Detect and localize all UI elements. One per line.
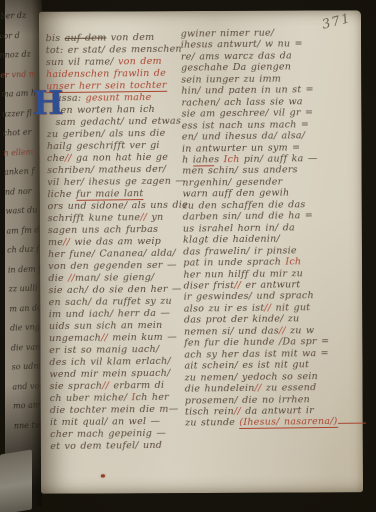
text-segment: also zu ir es ist xyxy=(184,303,265,315)
text-segment: it mit qual/ an wel — xyxy=(50,416,160,428)
text-segment: gwiner nimer rue/ xyxy=(181,28,275,40)
text-segment: wie das am weip xyxy=(70,236,161,248)
manuscript-line: von den gegenden ser — xyxy=(48,260,186,274)
text-segment xyxy=(338,421,366,424)
text-segment: fur maie lant xyxy=(76,188,144,201)
text-segment: sie am geschree/ vil gr = xyxy=(182,107,314,119)
text-segment: die hundelein xyxy=(185,383,255,395)
text-segment: auf dem xyxy=(65,32,107,43)
text-segment: die tochter mein die m— xyxy=(50,404,179,416)
text-segment: sein iunger zu imm xyxy=(181,73,281,85)
text-segment: nit gut xyxy=(271,302,310,313)
text-segment: liche xyxy=(47,189,76,200)
manuscript-photo: iber dzvor dnnoz dzer vnd mma am huzzer … xyxy=(0,0,376,512)
text-segment: klagt die haidenin/ xyxy=(183,234,280,246)
text-segment: nemen si/ und das xyxy=(184,325,279,337)
text-segment: uids sun sich an mein xyxy=(49,320,163,332)
manuscript-line: zu geriben/ als uns die xyxy=(47,128,185,142)
manuscript-line: im und iach/ herr da — xyxy=(49,308,187,322)
text-segment: ihesus antwurt/ w nu = xyxy=(181,39,303,51)
text-segment: vil her/ ihesus ge zagen — xyxy=(47,176,185,189)
text-segment: sam gedacht/ und etwas xyxy=(56,116,182,128)
facing-page-fragment: chot er xyxy=(2,122,39,143)
text-segment: ait schein/ es ist nit gut xyxy=(184,359,309,371)
manuscript-line: die hundelein// zu essend xyxy=(185,382,339,395)
text-segment: sie sprach xyxy=(50,381,103,393)
text-segment: gesunt mahe xyxy=(86,92,152,104)
text-segment: darben sin/ und die ha = xyxy=(183,210,313,222)
manuscript-line: tot: er stat/ des menschen xyxy=(46,44,184,58)
text-segment: Ich xyxy=(224,154,240,165)
text-segment: tot: er stat/ des menschen xyxy=(46,44,182,57)
text-segment: zu nemen/ yedoch so sein xyxy=(185,371,318,384)
text-segment: en/ und ihesus da/ alsa/ xyxy=(182,130,305,142)
text-segment: diser frist xyxy=(183,280,234,292)
text-segment: im und iach/ herr da — xyxy=(49,308,170,320)
text-segment: zu stunde xyxy=(185,417,239,429)
text-segment: Ich xyxy=(285,256,301,267)
text-column-left: H bis auf dem von demtot: er stat/ des m… xyxy=(46,32,189,454)
text-segment: men schin/ sus anders xyxy=(182,165,298,177)
text-segment: des ich vil klam erlach/ xyxy=(49,356,171,368)
text-segment: (Ihesus/ nasarena/) xyxy=(239,416,337,429)
manuscript-page: 371 H bis auf dem von demtot: er stat/ d… xyxy=(39,10,363,493)
text-segment: ir geswindes/ und sprach xyxy=(184,291,314,303)
manuscript-line: vil her/ ihesus ge zagen — xyxy=(47,176,185,190)
text-segment: sun vil rame/ xyxy=(46,56,118,68)
text-segment: die xyxy=(48,273,68,284)
manuscript-line: et vo dem teufel/ und xyxy=(50,440,188,454)
text-segment: ch her xyxy=(136,392,169,403)
text-segment: us israhel horn in/ da xyxy=(183,222,295,234)
facing-page-fragment: n ellem xyxy=(3,142,40,163)
text-segment: pat in unde sprach xyxy=(183,257,285,269)
text-segment: schrifft kune tune xyxy=(48,212,141,224)
illuminated-initial: H xyxy=(32,89,64,117)
text-segment: tisch rein xyxy=(185,406,234,418)
facing-page-fragment: wast du xyxy=(5,200,42,221)
text-segment: ors und sidone/ als uns die xyxy=(47,200,188,213)
facing-page-fragment: ch duz f xyxy=(7,239,44,260)
text-segment: cher mach gepeinig — xyxy=(50,428,166,440)
text-segment: man/ sie gieng/ xyxy=(75,272,155,284)
text-segment: erbarm di xyxy=(109,380,164,392)
text-segment: ch uber miche/ xyxy=(50,392,132,404)
text-segment: yn xyxy=(147,212,163,223)
text-segment: von den gegenden ser — xyxy=(48,260,177,272)
text-segment: prosemen/ die no irrhen xyxy=(185,394,310,406)
text-segment: sen worten han ich xyxy=(55,104,155,116)
text-segment: das prot der kinde/ zu xyxy=(184,314,300,326)
text-segment: da antwurt ir xyxy=(241,405,314,417)
text-segment: h xyxy=(182,154,193,165)
text-segment: re/ ams warcz das da xyxy=(181,50,292,62)
facing-page-edge: iber dzvor dnnoz dzer vnd mma am huzzer … xyxy=(5,0,42,506)
text-segment: ga non hat hie ge xyxy=(72,152,169,164)
text-segment: sie ach/ do sie den her — xyxy=(48,284,181,297)
facing-page-fragment: vor d xyxy=(0,25,35,46)
manuscript-line: hin/ und paten in un st = xyxy=(181,84,335,97)
text-segment: hailg geschrifft ver gi xyxy=(47,140,160,152)
text-segment: in antwurter un sym = xyxy=(182,142,300,154)
facing-page-fragment: nd nor xyxy=(5,181,42,202)
manuscript-line: sie am geschree/ vil gr = xyxy=(182,107,336,120)
text-segment: et vo dem teufel/ und xyxy=(50,440,162,452)
text-segment: haidenschen frawlin de xyxy=(46,68,166,80)
text-segment: che xyxy=(47,153,65,164)
text-segment: her nun hilff du mir zu xyxy=(183,268,303,280)
text-segment: wend mir mein spuach/ xyxy=(49,368,170,380)
text-segment: mein kum — xyxy=(108,332,177,344)
text-segment: s xyxy=(214,154,224,165)
text-segment: sagen uns ach furbas xyxy=(48,224,159,236)
text-segment: rachen/ ach lass sie wa xyxy=(181,96,302,108)
text-segment: das frawelin/ ir pinsie xyxy=(183,245,297,257)
text-segment: er ist so manig uach/ xyxy=(49,344,159,356)
text-segment: geschahe Da giengen xyxy=(181,62,291,74)
facing-page-fragment: anken f xyxy=(4,161,41,182)
manuscript-line: ungemach// mein kum — xyxy=(49,332,187,346)
text-segment: von dem xyxy=(118,56,162,67)
text-segment: me xyxy=(48,237,63,248)
manuscript-line: ors und sidone/ als uns die xyxy=(47,200,185,214)
text-segment: ungemach xyxy=(49,333,101,345)
text-segment: en sach/ da ruffet sy zu xyxy=(49,296,172,308)
facing-page-fragment: am fm d xyxy=(6,220,43,241)
manuscript-line: unser herr sein tochter xyxy=(46,80,184,94)
text-segment: zu w xyxy=(286,325,315,336)
text-segment: warn auff den gewih xyxy=(182,188,289,200)
facing-page-fragment: er vnd m xyxy=(0,64,37,85)
left-column-lines: bis auf dem von demtot: er stat/ des men… xyxy=(46,32,189,454)
text-segment: nrgenhin/ gesender xyxy=(182,176,282,188)
text-segment: zu geriben/ als uns die xyxy=(47,128,166,140)
text-segment: ess ist nach uns mach = xyxy=(182,119,309,131)
book-underpages xyxy=(0,449,32,512)
text-segment: schriben/ matheus der/ xyxy=(47,164,166,176)
text-segment: zu essend xyxy=(261,382,316,394)
text-segment: her fune/ Cananea/ alda/ xyxy=(48,248,176,260)
facing-page-fragment: in dem f xyxy=(8,259,45,280)
text-segment: hin/ und paten in un st = xyxy=(181,84,314,97)
text-segment: bis xyxy=(46,33,65,44)
text-segment: zu den schaffen die das xyxy=(183,199,306,211)
ink-stain xyxy=(101,474,105,477)
manuscript-line: die tochter mein die m— xyxy=(50,404,188,418)
manuscript-line: h iahes Ich pin/ auff ka — xyxy=(182,153,336,166)
right-column-lines: gwiner nimer rue/ihesus antwurt/ w nu =r… xyxy=(181,27,340,430)
text-segment: iahe xyxy=(193,154,215,166)
manuscript-line: zu stunde (Ihesus/ nasarena/) xyxy=(185,416,339,429)
manuscript-line: wend mir mein spuach/ xyxy=(49,368,187,382)
facing-page-fragment: nnoz dz xyxy=(0,44,36,65)
manuscript-line: ach sy her das ist mit wa = xyxy=(184,348,338,361)
text-segment: von dem xyxy=(106,32,154,44)
text-column-right: gwiner nimer rue/ihesus antwurt/ w nu =r… xyxy=(181,27,340,430)
text-segment: pin/ auff ka — xyxy=(240,153,318,165)
facing-page-fragment: iber dz xyxy=(0,5,35,26)
text-segment: er antwurt xyxy=(241,279,300,291)
